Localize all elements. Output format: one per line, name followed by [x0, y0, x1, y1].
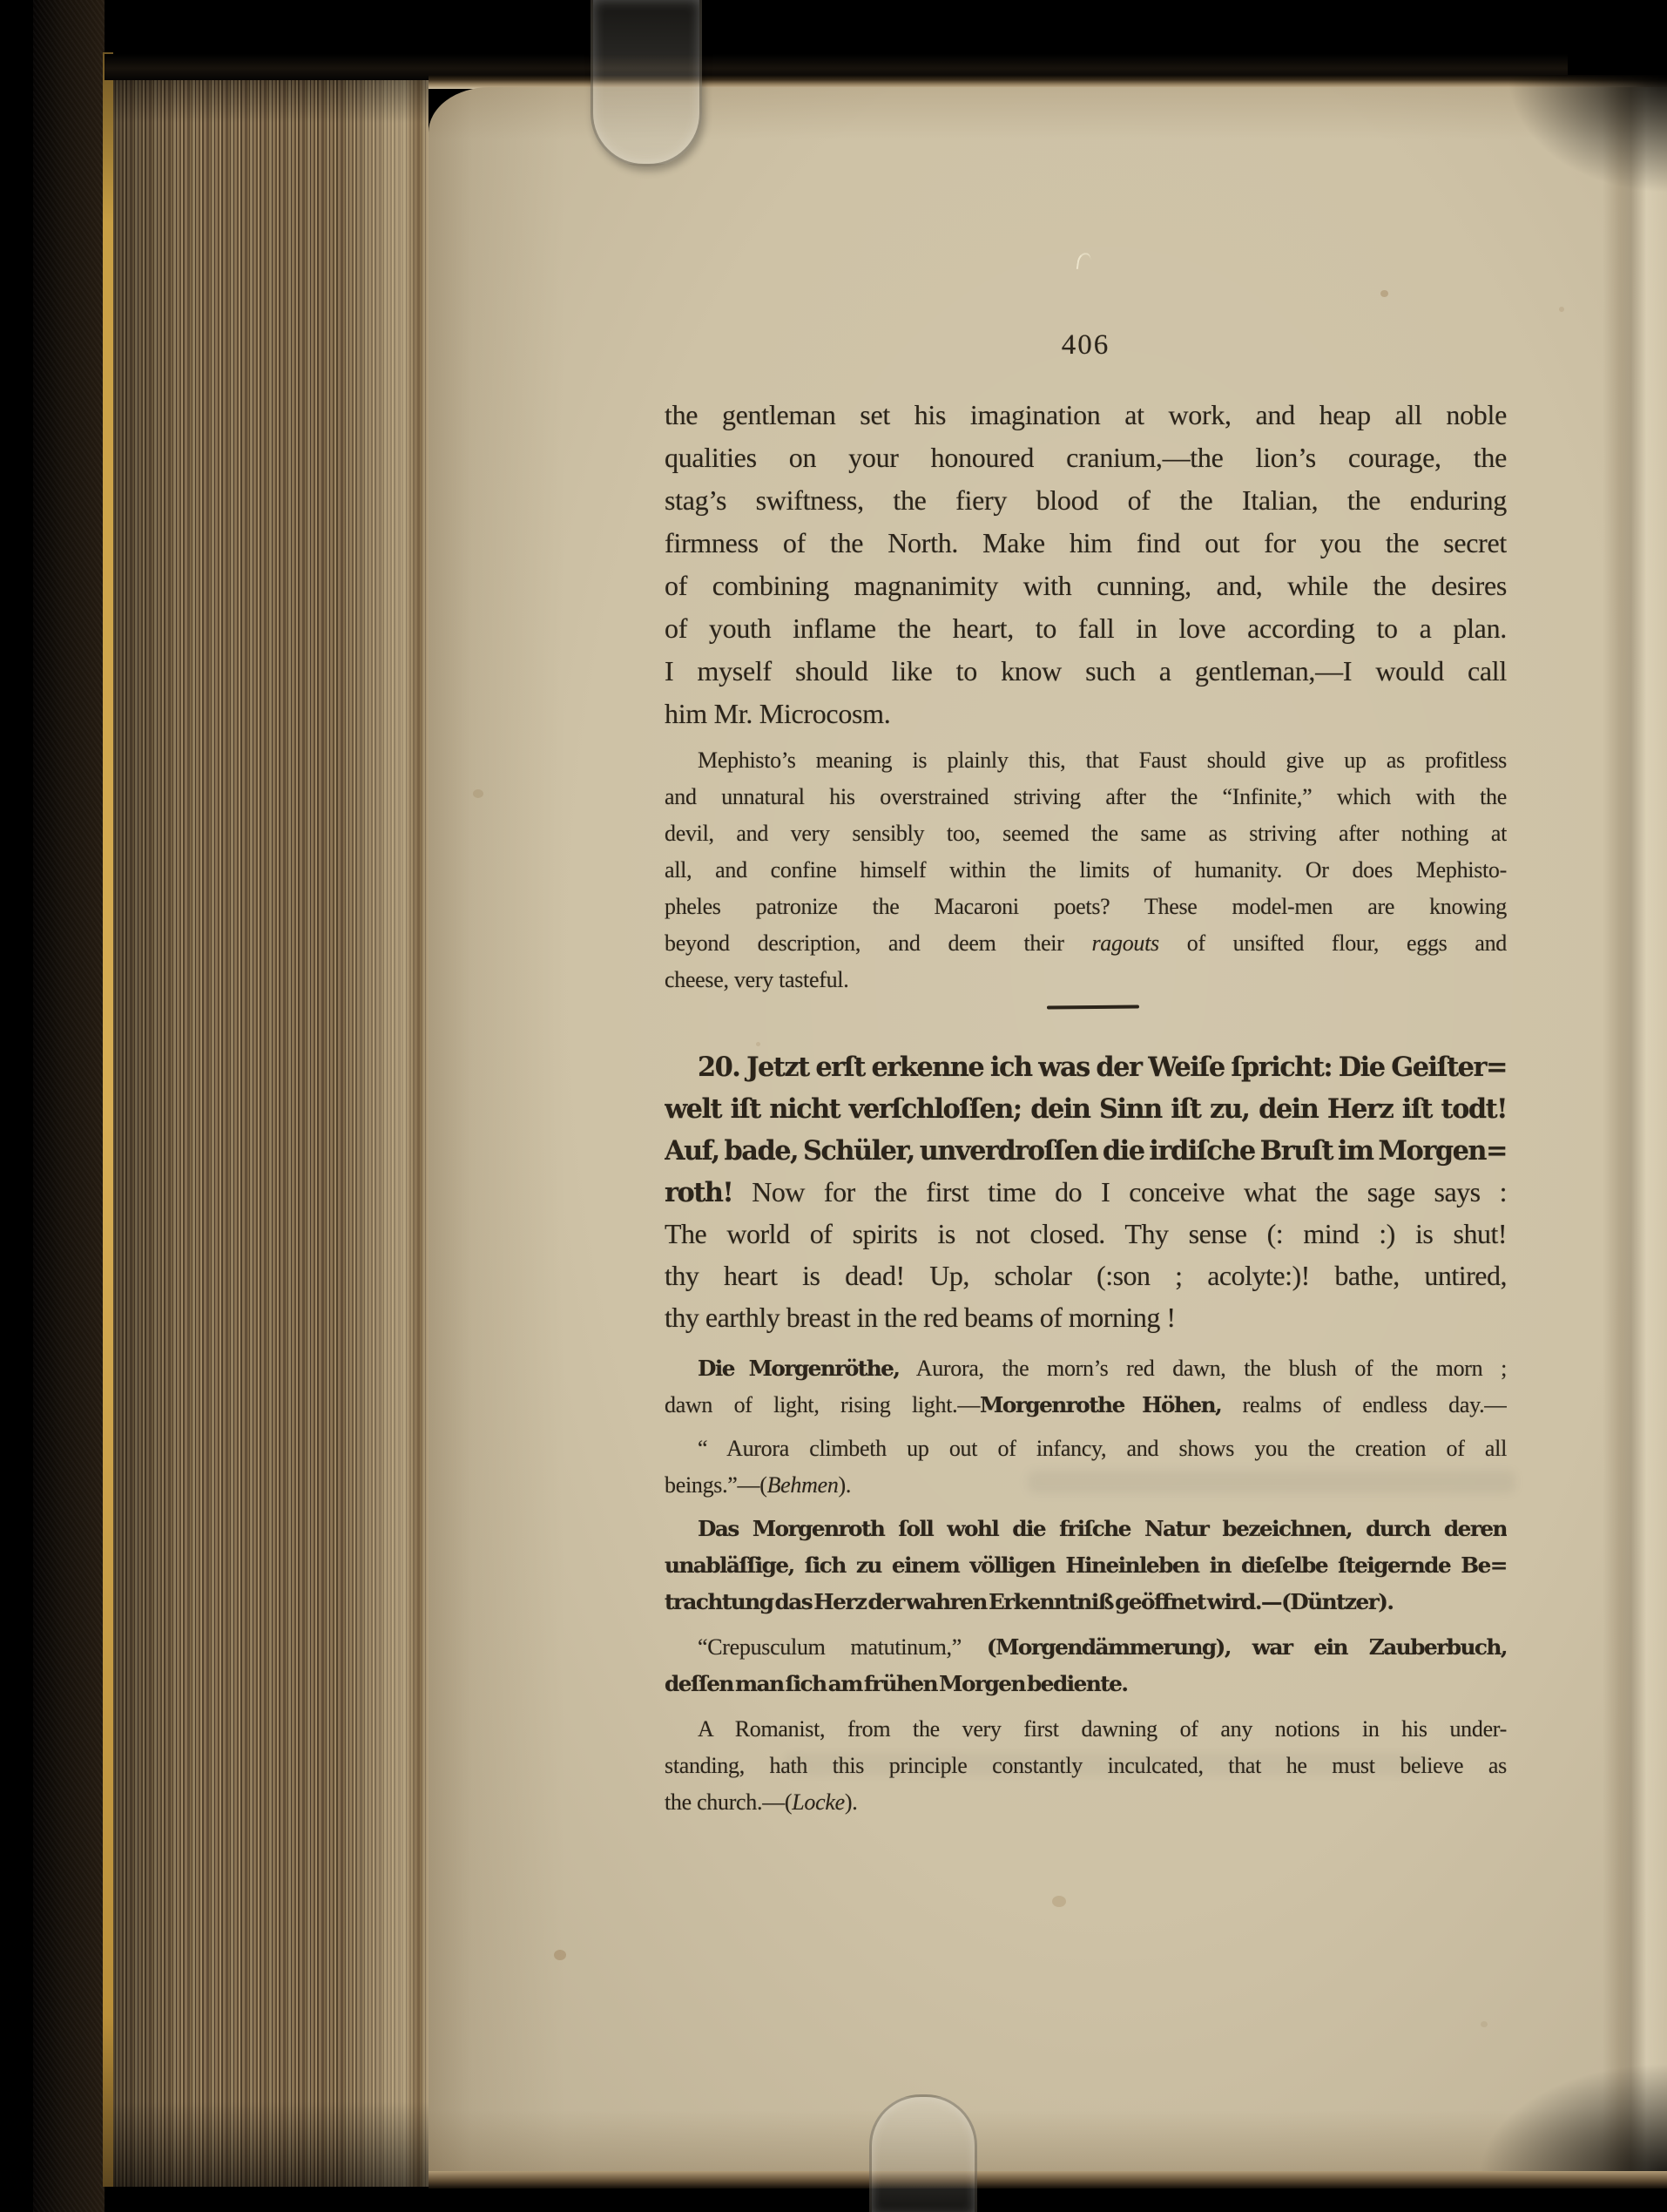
holder-strap-top	[591, 0, 702, 166]
roman-text: thy earthly breast in the red beams of m…	[665, 1302, 1175, 1333]
roman-text: Aurora, the morn’s red dawn, the blush o…	[899, 1356, 1507, 1381]
roman-text: “Crepusculum matutinum,”	[698, 1634, 987, 1660]
text-line: him Mr. Microcosm.	[665, 693, 1507, 735]
text-line: deſſen man ſich am frühen Morgen bedient…	[665, 1666, 1507, 1702]
italic-text: Locke	[792, 1789, 845, 1815]
roman-text: A Romanist, from the very first dawning …	[698, 1716, 1507, 1742]
text-line: of youth inflame the heart, to fall in l…	[665, 607, 1507, 650]
text-line: I myself should like to know such a gent…	[665, 650, 1507, 693]
roman-text: the gentleman set his imagination at wor…	[665, 399, 1507, 430]
paper-bottom-edge	[429, 2171, 1667, 2188]
gutter-shading	[1603, 87, 1667, 2173]
roman-text: qualities on your honoured cranium,—the …	[665, 442, 1507, 473]
fox-spot	[554, 1950, 566, 1960]
fraktur-text: trachtung das Herz der wahren Erkenntniß…	[665, 1589, 1394, 1614]
mephisto-note-paragraph: Mephisto’s meaning is plainly this, that…	[665, 742, 1507, 998]
roman-text: pheles patronize the Macaroni poets? The…	[665, 894, 1507, 919]
fraktur-text: welt iſt nicht verſchloſſen; dein Sinn i…	[665, 1093, 1507, 1125]
italic-text: ragouts	[1091, 930, 1158, 956]
romanist-locke-paragraph: A Romanist, from the very first dawning …	[665, 1711, 1507, 1821]
text-line: unabläſſige, ſich zu einem völligen Hine…	[665, 1547, 1507, 1584]
roman-text: The world of spirits is not closed. Thy …	[665, 1218, 1507, 1249]
fraktur-text: unabläſſige, ſich zu einem völligen Hine…	[665, 1552, 1507, 1578]
roman-text: cheese, very tasteful.	[665, 967, 848, 992]
text-line: dawn of light, rising light.—Morgenrothe…	[665, 1387, 1507, 1424]
roman-text: dawn of light, rising light.—	[665, 1392, 980, 1417]
fraktur-text: Auf, bade, Schüler, unverdroſſen die ird…	[665, 1135, 1507, 1167]
roman-text: ).	[839, 1472, 852, 1498]
text-line: of combining magnanimity with cunning, a…	[665, 565, 1507, 607]
fraktur-text: Morgenrothe Höhen,	[980, 1392, 1221, 1417]
text-line: “Crepusculum matutinum,” (Morgendämmerun…	[665, 1629, 1507, 1666]
fraktur-text: Die Morgenröthe,	[698, 1356, 899, 1381]
fraktur-text: Das Morgenroth ſoll wohl die friſche Nat…	[698, 1516, 1507, 1541]
text-line: Mephisto’s meaning is plainly this, that…	[665, 742, 1507, 779]
text-line: standing, hath this principle constantly…	[665, 1748, 1507, 1784]
roman-text: firmness of the North. Make him find out…	[665, 527, 1507, 558]
roman-text: all, and confine himself within the limi…	[665, 857, 1507, 883]
text-line: The world of spirits is not closed. Thy …	[665, 1213, 1507, 1255]
text-line: thy earthly breast in the red beams of m…	[665, 1296, 1507, 1338]
fraktur-text: roth!	[665, 1177, 732, 1208]
text-line: welt iſt nicht verſchloſſen; dein Sinn i…	[665, 1087, 1507, 1129]
das-morgenroth-paragraph: Das Morgenroth ſoll wohl die friſche Nat…	[665, 1511, 1507, 1620]
book-photo-scene: { "page": { "number": "406" }, "colors":…	[0, 0, 1667, 2212]
text-line: all, and confine himself within the limi…	[665, 852, 1507, 889]
text-line: beyond description, and deem their ragou…	[665, 925, 1507, 962]
holder-strap-bottom	[869, 2094, 977, 2212]
text-line: beings.”—(Behmen).	[665, 1467, 1507, 1504]
roman-text: beings.”—(	[665, 1472, 767, 1498]
text-line: 20. Jetzt erſt erkenne ich was der Weiſe…	[665, 1045, 1507, 1087]
cover-gilt-edge	[103, 52, 113, 2187]
roman-text: beyond description, and deem their	[665, 930, 1091, 956]
roman-text: ).	[845, 1789, 858, 1815]
roman-text: Now for the first time do I conceive wha…	[732, 1176, 1507, 1207]
roman-text: Mephisto’s meaning is plainly this, that…	[698, 747, 1507, 773]
book-cover-cloth	[33, 0, 105, 2212]
text-line: roth! Now for the first time do I concei…	[665, 1171, 1507, 1213]
text-line: Das Morgenroth ſoll wohl die friſche Nat…	[665, 1511, 1507, 1547]
fox-spot	[1481, 2021, 1488, 2027]
text-line: thy heart is dead! Up, scholar (:son ; a…	[665, 1255, 1507, 1296]
roman-text: and unnatural his overstrained striving …	[665, 784, 1507, 809]
crepusculum-paragraph: “Crepusculum matutinum,” (Morgendämmerun…	[665, 1629, 1507, 1702]
text-line: firmness of the North. Make him find out…	[665, 522, 1507, 565]
roman-text: of unsifted flour, eggs and	[1159, 930, 1507, 956]
text-line: and unnatural his overstrained striving …	[665, 779, 1507, 815]
roman-text: standing, hath this principle constantly…	[665, 1753, 1507, 1778]
fox-spot	[1052, 1896, 1066, 1907]
roman-text: him Mr. Microcosm.	[665, 698, 890, 729]
roman-text: of combining magnanimity with cunning, a…	[665, 570, 1507, 601]
text-line: devil, and very sensibly too, seemed the…	[665, 815, 1507, 852]
main-quote-paragraph: the gentleman set his imagination at wor…	[665, 394, 1507, 735]
fore-edge-page-stack	[113, 59, 429, 2187]
aurora-behmen-paragraph: “ Aurora climbeth up out of infancy, and…	[665, 1431, 1507, 1504]
roman-text: realms of endless day.—	[1221, 1392, 1507, 1417]
text-line: qualities on your honoured cranium,—the …	[665, 436, 1507, 479]
fox-spot	[1559, 307, 1564, 312]
text-line: pheles patronize the Macaroni poets? The…	[665, 889, 1507, 925]
roman-text: the church.—(	[665, 1789, 792, 1815]
italic-text: Behmen	[767, 1472, 839, 1498]
fraktur-text: 20. Jetzt erſt erkenne ich was der Weiſe…	[698, 1052, 1507, 1083]
roman-text: of youth inflame the heart, to fall in l…	[665, 612, 1507, 644]
roman-text: devil, and very sensibly too, seemed the…	[665, 821, 1507, 846]
text-line: cheese, very tasteful.	[665, 962, 1507, 998]
text-line: trachtung das Herz der wahren Erkenntniß…	[665, 1584, 1507, 1620]
fox-spot	[473, 789, 483, 798]
section-20-paragraph: 20. Jetzt erſt erkenne ich was der Weiſe…	[665, 1045, 1507, 1338]
page-number: 406	[665, 329, 1507, 362]
corner-shadow-bottom-right	[1467, 2056, 1667, 2175]
roman-text: stag’s swiftness, the fiery blood of the…	[665, 484, 1507, 516]
text-line: “ Aurora climbeth up out of infancy, and…	[665, 1431, 1507, 1467]
text-line: the church.—(Locke).	[665, 1784, 1507, 1821]
fox-spot	[1380, 290, 1388, 297]
text-line: A Romanist, from the very first dawning …	[665, 1711, 1507, 1748]
fraktur-text: deſſen man ſich am frühen Morgen bedient…	[665, 1671, 1127, 1696]
fraktur-text: (Morgendämmerung), war ein Zauberbuch,	[987, 1634, 1507, 1660]
morgenroethe-note-paragraph: Die Morgenröthe, Aurora, the morn’s red …	[665, 1350, 1507, 1424]
text-line: the gentleman set his imagination at wor…	[665, 394, 1507, 436]
text-line: Auf, bade, Schüler, unverdroſſen die ird…	[665, 1129, 1507, 1171]
corner-shadow-top-right	[1502, 75, 1667, 197]
roman-text: thy heart is dead! Up, scholar (:son ; a…	[665, 1260, 1507, 1291]
text-line: Die Morgenröthe, Aurora, the morn’s red …	[665, 1350, 1507, 1387]
roman-text: I myself should like to know such a gent…	[665, 655, 1507, 687]
roman-text: “ Aurora climbeth up out of infancy, and…	[698, 1436, 1507, 1461]
text-line: stag’s swiftness, the fiery blood of the…	[665, 479, 1507, 522]
